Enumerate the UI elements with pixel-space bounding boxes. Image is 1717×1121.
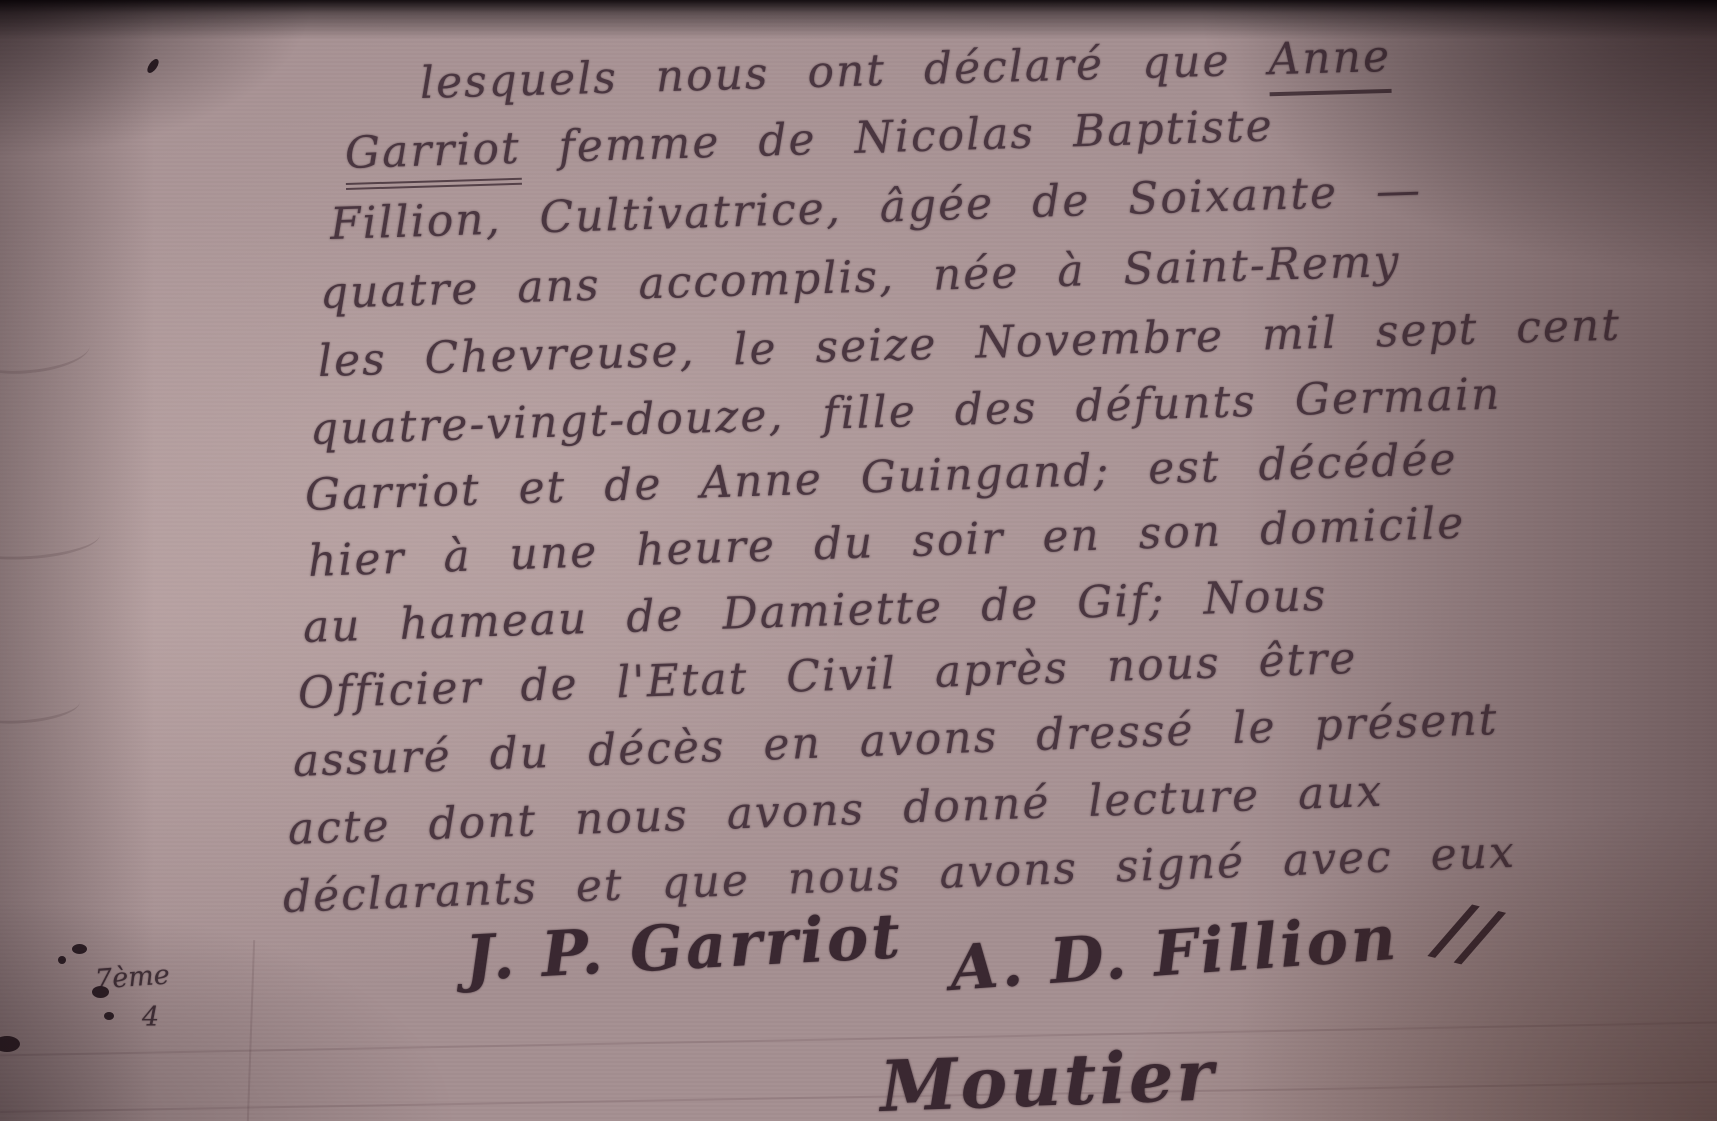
ink-blot bbox=[58, 956, 66, 964]
ink-blot bbox=[104, 1012, 114, 1020]
margin-number: 4 bbox=[142, 1002, 159, 1033]
bleed-through-mark bbox=[0, 685, 81, 727]
manuscript-line-2: Garriot femme de Nicolas Baptiste bbox=[344, 104, 1274, 176]
manuscript-line-4: quatre ans accomplis, née à Saint-Remy bbox=[319, 240, 1401, 316]
line-2-underlined-name: Garriot bbox=[344, 123, 521, 190]
ink-speck bbox=[145, 57, 161, 75]
line-1-text: lesquels nous ont déclaré que bbox=[419, 34, 1269, 109]
ink-blot bbox=[92, 986, 109, 998]
signature-partial-bottom: Moutier bbox=[879, 1040, 1218, 1121]
margin-fold-line bbox=[247, 940, 255, 1121]
bleed-through-mark bbox=[0, 324, 92, 379]
manuscript-photo: lesquels nous ont déclaré que Anne Garri… bbox=[0, 0, 1717, 1121]
ruled-line bbox=[0, 1022, 1717, 1057]
manuscript-line-1: lesquels nous ont déclaré que Anne bbox=[419, 35, 1391, 106]
line-2-text: femme de Nicolas Baptiste bbox=[520, 100, 1275, 173]
ink-blot bbox=[72, 944, 87, 954]
line-4-text: quatre ans accomplis, née à Saint-Remy bbox=[319, 236, 1401, 319]
signature-garriot: J. P. Garriot bbox=[463, 905, 904, 990]
ruled-line bbox=[0, 1081, 1717, 1113]
signature-fillion: A. D. Fillion bbox=[948, 907, 1401, 1000]
bleed-through-mark bbox=[0, 515, 101, 564]
paraphe-flourish: // bbox=[1430, 885, 1503, 982]
ink-blot bbox=[0, 1036, 20, 1052]
line-1-underlined-name: Anne bbox=[1268, 31, 1392, 96]
